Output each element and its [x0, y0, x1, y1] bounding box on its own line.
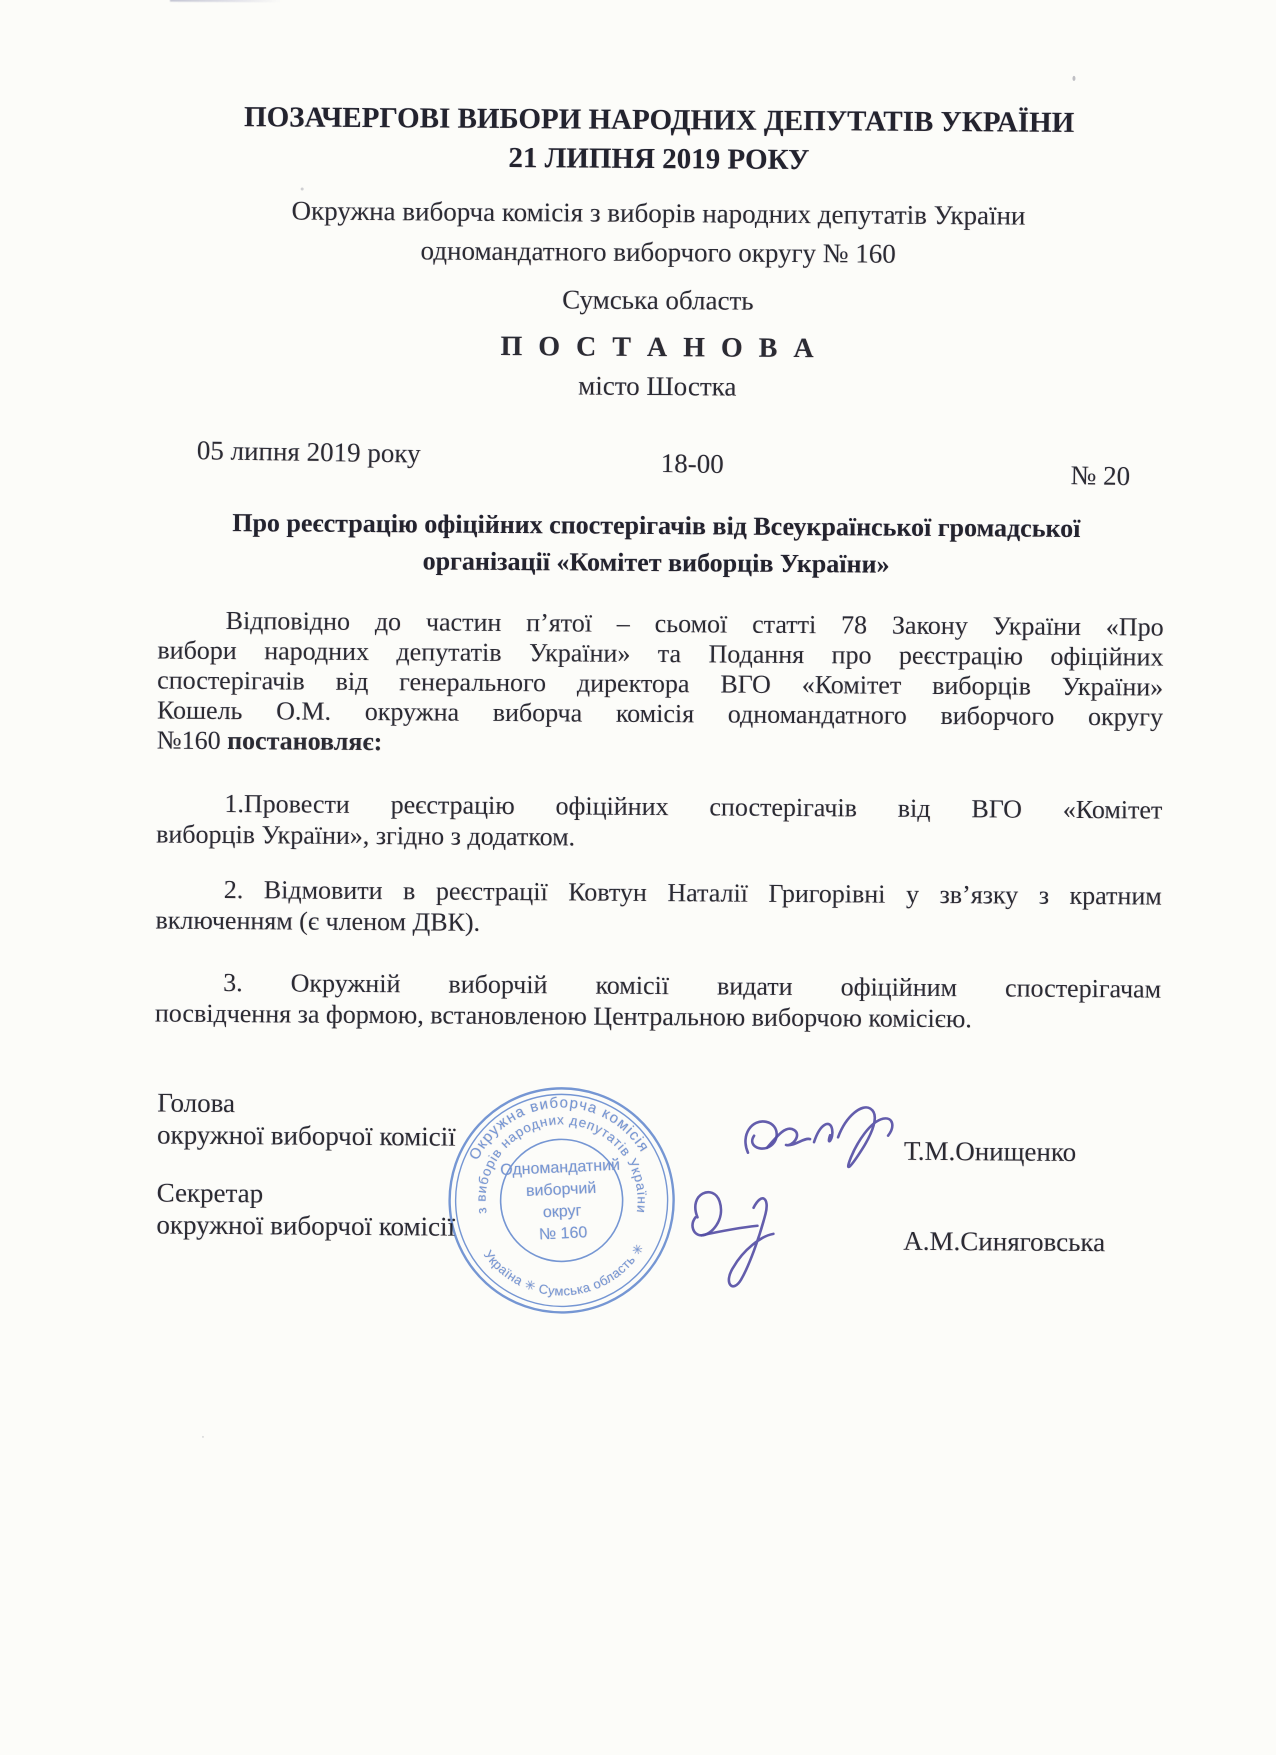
signature-stroke — [745, 1121, 776, 1153]
signature-stroke — [701, 1225, 757, 1235]
subject-line-1: Про реєстрацію офіційних спостерігачів в… — [146, 503, 1166, 547]
subject-line-2: організації «Комітет виборців України» — [146, 540, 1166, 584]
role-line: окружної виборчої комісії — [157, 1119, 456, 1153]
stamp-center-line: № 160 — [539, 1224, 588, 1243]
scan-speck — [202, 1436, 204, 1438]
resolution-item-1: 1.Провести реєстрацію офіційних спостері… — [156, 788, 1162, 857]
resolution-word: постановляє: — [227, 726, 382, 756]
signature-stroke — [838, 1107, 893, 1167]
title-line-2: 21 ЛИПНЯ 2019 РОКУ — [149, 136, 1169, 182]
document-title: ПОЗАЧЕРГОВІ ВИБОРИ НАРОДНИХ ДЕПУТАТІВ УК… — [149, 97, 1170, 182]
subject-heading: Про реєстрацію офіційних спостерігачів в… — [146, 503, 1166, 584]
document-time: 18-00 — [661, 448, 724, 480]
document-city: місто Шостка — [147, 367, 1167, 405]
title-line-1: ПОЗАЧЕРГОВІ ВИБОРИ НАРОДНИХ ДЕПУТАТІВ УК… — [149, 97, 1169, 143]
region-name: Сумська область — [148, 281, 1168, 319]
scanned-document-page: ПОЗАЧЕРГОВІ ВИБОРИ НАРОДНИХ ДЕПУТАТІВ УК… — [0, 0, 1276, 1755]
scan-speck — [1072, 76, 1075, 81]
scan-speck — [301, 188, 304, 191]
document-number: № 20 — [1070, 460, 1130, 492]
stamp-center-line: виборчий — [526, 1180, 597, 1200]
resolution-prefix: №160 — [157, 726, 228, 755]
resolution-item-3: 3. Окружній виборчій комісії видати офіц… — [155, 967, 1161, 1036]
signature-stroke — [729, 1198, 774, 1286]
document-sheet: ПОЗАЧЕРГОВІ ВИБОРИ НАРОДНИХ ДЕПУТАТІВ УК… — [0, 0, 1276, 1755]
body-paragraph: Відповідно до частин п’ятої – сьомої ста… — [157, 606, 1164, 763]
role-line: окружної виборчої комісії — [156, 1209, 455, 1243]
head-handwritten-signature — [734, 1095, 935, 1191]
head-role-label: Голова окружної виборчої комісії — [157, 1087, 456, 1153]
date-row: 05 липня 2019 року 18-00 № 20 — [159, 435, 1165, 484]
stamp-center-line: округ — [543, 1203, 582, 1222]
role-line: Голова — [157, 1087, 456, 1121]
signature-stroke — [814, 1124, 832, 1142]
signature-stroke — [692, 1192, 721, 1235]
commission-line-1: Окружна виборча комісія з виборів народн… — [148, 190, 1168, 236]
commission-name: Окружна виборча комісія з виборів народн… — [148, 190, 1169, 275]
document-type-label: П О С Т А Н О В А — [147, 328, 1167, 367]
stamp-center-ring — [498, 1137, 625, 1264]
commission-line-2: одномандатного виборчого округу № 160 — [148, 229, 1168, 275]
secretary-handwritten-signature — [661, 1179, 807, 1302]
document-date: 05 липня 2019 року — [197, 435, 421, 469]
stamp-center-line: Одномандатний — [500, 1157, 620, 1179]
secretary-role-label: Секретар окружної виборчої комісії — [156, 1177, 455, 1243]
resolution-item-2: 2. Відмовити в реєстрації Ковтун Наталії… — [155, 874, 1161, 943]
role-line: Секретар — [157, 1177, 456, 1211]
secretary-signer-name: А.М.Синяговська — [903, 1226, 1105, 1258]
scan-edge-artifact — [170, 0, 282, 2]
